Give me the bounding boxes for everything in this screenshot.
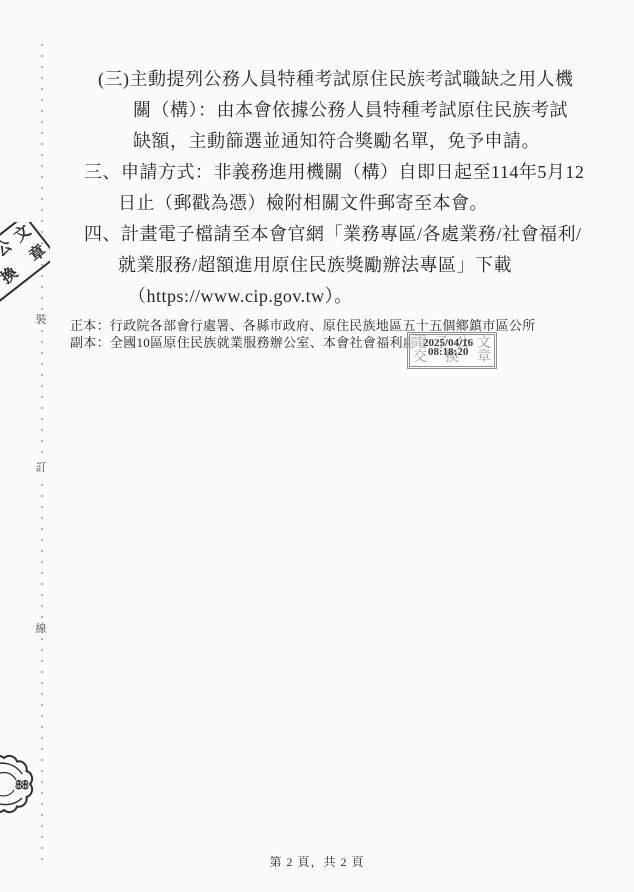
document-body: (三)主動提列公務人員特種考試原住民族考試職缺之用人機 關（構）：由本會依據公務… bbox=[0, 64, 634, 312]
body-line-6: 四、計畫電子檔請至本會官網「業務專區/各處業務/社會福利/ bbox=[0, 219, 634, 250]
body-line-8-url: （https://www.cip.gov.tw）。 bbox=[0, 281, 634, 312]
body-line-4: 三、申請方式：非義務進用機關（構）自即日起至114年5月12 bbox=[0, 157, 634, 188]
page-number-footer: 第 2 頁，共 2 頁 bbox=[0, 853, 634, 870]
scalloped-seal-icon: 88 bbox=[0, 752, 36, 816]
electronic-exchange-stamp: 電子公文 交換章 2025/04/16 08:18:20 bbox=[407, 332, 497, 369]
corner-seal-clip: 88 bbox=[0, 750, 38, 818]
exchange-stamp-time: 08:18:20 bbox=[428, 347, 468, 358]
body-line-3: 缺額，主動篩選並通知符合獎勵名單，免予申請。 bbox=[0, 126, 634, 157]
binding-mark-xian: 線 bbox=[30, 620, 52, 636]
body-line-1: (三)主動提列公務人員特種考試原住民族考試職缺之用人機 bbox=[0, 64, 634, 95]
body-line-5: 日止（郵戳為憑）檢附相關文件郵寄至本會。 bbox=[0, 188, 634, 219]
seal-number: 88 bbox=[16, 777, 30, 792]
body-line-2: 關（構）：由本會依據公務人員特種考試原住民族考試 bbox=[0, 95, 634, 126]
document-page: 裝 訂 線 電子公文 交換章 (三)主動提列公務人員特種考試原住民族考試職缺之用… bbox=[0, 0, 634, 892]
binding-mark-ding: 訂 bbox=[30, 459, 52, 475]
body-line-7: 就業服務/超額進用原住民族獎勵辦法專區」下載 bbox=[0, 250, 634, 281]
